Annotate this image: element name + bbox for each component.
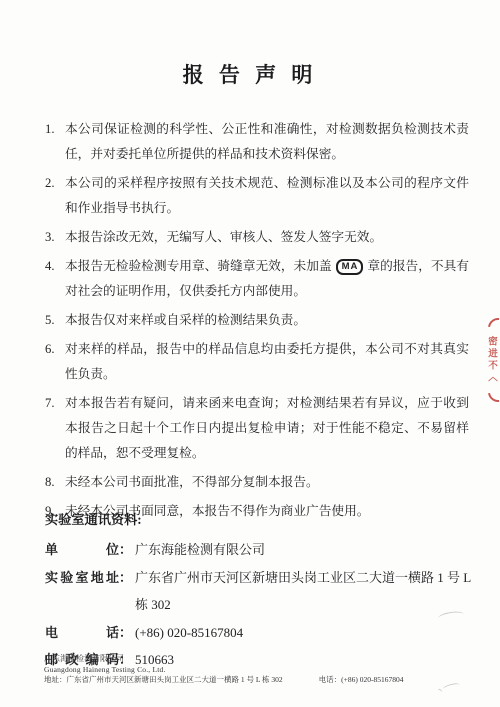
item-number: 8. [45,470,65,495]
seal-arc-bottom [484,378,500,406]
item-text: 本报告涂改无效，无编写人、审核人、签发人签字无效。 [65,225,469,250]
statement-item-8: 8. 未经本公司书面批准，不得部分复制本报告。 [45,470,469,495]
contact-colon: ： [119,536,132,564]
contact-row-lab-address: 实验室地址：广东省广州市天河区新塘田头岗工业区二大道一横路 1 号 L 栋 30… [45,564,485,619]
report-statement-page: 报 告 声 明 1. 本公司保证检测的科学性、公正性和准确性，对检测数据负检测技… [0,0,500,707]
item-text-before-badge: 本报告无检验检测专用章、骑缝章无效，未加盖 [65,259,332,273]
item-number: 2. [45,171,65,221]
item-text: 本报告仅对来样或自采样的检测结果负责。 [65,308,469,333]
statement-item-2: 2. 本公司的采样程序按照有关技术规范、检测标准以及本公司的程序文件和作业指导书… [45,171,469,221]
item-text: 对来样的样品，报告中的样品信息均由委托方提供，本公司不对其真实性负责。 [65,337,469,387]
page-footer: 广东海能检测有限公司 Guangdong Haineng Testing Co.… [44,654,484,686]
item-text: 本报告无检验检测专用章、骑缝章无效，未加盖MA章的报告，不具有对社会的证明作用，… [65,254,469,304]
statement-list: 1. 本公司保证检测的科学性、公正性和准确性，对检测数据负检测技术责任，并对委托… [45,117,469,528]
contact-value: (+86) 020-85167804 [135,619,485,647]
contact-value: 广东省广州市天河区新塘田头岗工业区二大道一横路 1 号 L 栋 302 [135,564,485,619]
item-text: 本公司的采样程序按照有关技术规范、检测标准以及本公司的程序文件和作业指导书执行。 [65,171,469,221]
contact-colon: ： [119,564,132,619]
cma-mark-icon: MA [336,259,364,275]
contact-row-unit: 单位：广东海能检测有限公司 [45,536,485,564]
item-number: 5. [45,308,65,333]
contact-value: 广东海能检测有限公司 [135,536,485,564]
contact-row-phone: 电话：(+86) 020-85167804 [45,619,485,647]
contact-label: 电话 [45,619,119,647]
item-number: 3. [45,225,65,250]
item-number: 7. [45,391,65,466]
seal-characters: 密进不〈 [484,336,498,384]
page-title: 报 告 声 明 [0,59,500,89]
item-text: 对本报告若有疑问，请来函来电查询；对检测结果若有异议，应于收到本报告之日起十个工… [65,391,469,466]
pencil-mark [436,688,442,694]
contact-section: 实验室通讯资料: 单位：广东海能检测有限公司 实验室地址：广东省广州市天河区新塘… [45,511,485,674]
footer-address: 地址：广东省广州市天河区新塘田头岗工业区二大道一横路 1 号 L 栋 302 [44,675,283,686]
statement-item-5: 5. 本报告仅对来样或自采样的检测结果负责。 [45,308,469,333]
item-text: 未经本公司书面批准，不得部分复制本报告。 [65,470,469,495]
contact-colon: ： [119,619,132,647]
edge-seal-icon: 密进不〈 [484,319,500,401]
footer-company-en: Guangdong Haineng Testing Co., Ltd. [44,665,484,676]
contact-label: 实验室地址 [45,564,119,619]
seal-arc-top [484,314,500,342]
statement-item-1: 1. 本公司保证检测的科学性、公正性和准确性，对检测数据负检测技术责任，并对委托… [45,117,469,167]
statement-item-4: 4. 本报告无检验检测专用章、骑缝章无效，未加盖MA章的报告，不具有对社会的证明… [45,254,469,304]
footer-phone: 电话：(+86) 020-85167804 [319,675,404,686]
item-text: 本公司保证检测的科学性、公正性和准确性，对检测数据负检测技术责任，并对委托单位所… [65,117,469,167]
contact-heading: 实验室通讯资料: [45,511,485,529]
item-number: 4. [45,254,65,304]
statement-item-7: 7. 对本报告若有疑问，请来函来电查询；对检测结果若有异议，应于收到本报告之日起… [45,391,469,466]
item-number: 6. [45,337,65,387]
footer-company-cn: 广东海能检测有限公司 [44,654,484,665]
statement-item-3: 3. 本报告涂改无效，无编写人、审核人、签发人签字无效。 [45,225,469,250]
statement-item-6: 6. 对来样的样品，报告中的样品信息均由委托方提供，本公司不对其真实性负责。 [45,337,469,387]
item-number: 1. [45,117,65,167]
contact-label: 单位 [45,536,119,564]
